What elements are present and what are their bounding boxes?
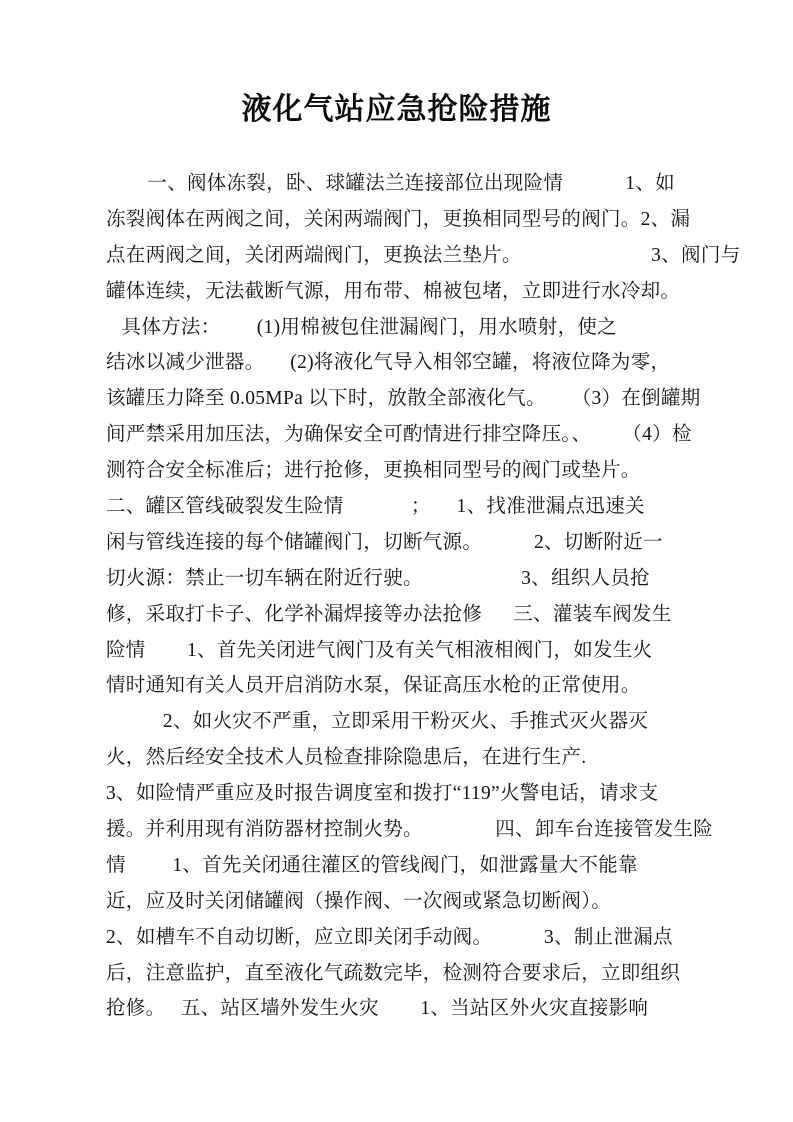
text-line: 一、阀体冻裂，卧、球罐法兰连接部位出现险情 1、如 — [106, 166, 706, 202]
text-line: 该罐压力降至 0.05MPa 以下时，放散全部液化气。 （3）在倒罐期 — [106, 381, 706, 417]
text-line: 冻裂阀体在两阀之间，关闲两端阀门，更换相同型号的阀门。2、漏 — [106, 202, 706, 238]
document-body: 一、阀体冻裂，卧、球罐法兰连接部位出现险情 1、如冻裂阀体在两阀之间，关闲两端阀… — [106, 166, 706, 1027]
text-line: 间严禁采用加压法，为确保安全可酌情进行排空降压。、 （4）检 — [106, 417, 706, 453]
text-line: 险情 1、首先关闭进气阀门及有关气相液相阀门，如发生火 — [106, 633, 706, 669]
text-line: 修，采取打卡子、化学补漏焊接等办法抢修 三、灌装车阀发生 — [106, 597, 706, 633]
text-line: 罐体连续，无法截断气源，用布带、棉被包堵，立即进行水冷却。 — [106, 274, 706, 310]
text-line: 后，注意监护，直至液化气疏数完毕，检测符合要求后，立即组织 — [106, 956, 706, 992]
text-line: 2、如槽车不自动切断，应立即关闭手动阀。 3、制止泄漏点 — [106, 920, 706, 956]
text-line: 抢修。 五、站区墙外发生火灾 1、当站区外火灾直接影响 — [106, 991, 706, 1027]
text-line: 情时通知有关人员开启消防水泵，保证高压水枪的正常使用。 — [106, 668, 706, 704]
text-line: 二、罐区管线破裂发生险情 ； 1、找准泄漏点迅速关 — [106, 489, 706, 525]
text-line: 援。并利用现有消防器材控制火势。 四、卸车台连接管发生险 — [106, 812, 706, 848]
text-line: 近，应及时关闭储罐阀（操作阀、一次阀或紧急切断阀）。 — [106, 884, 706, 920]
text-line: 切火源：禁止一切车辆在附近行驶。 3、组织人员抢 — [106, 561, 706, 597]
text-line: 点在两阀之间，关闭两端阀门，更换法兰垫片。 3、阀门与 — [106, 238, 706, 274]
text-line: 2、如火灾不严重，立即采用干粉灭火、手推式灭火器灭 — [106, 704, 706, 740]
text-line: 火，然后经安全技术人员检查排除隐患后，在进行生产. — [106, 740, 706, 776]
text-line: 结冰以减少泄器。 (2)将液化气导入相邻空罐，将液位降为零， — [106, 345, 706, 381]
text-line: 3、如险情严重应及时报告调度室和拨打“119”火警电话，请求支 — [106, 776, 706, 812]
text-line: 闲与管线连接的每个储罐阀门，切断气源。 2、切断附近一 — [106, 525, 706, 561]
text-line: 测符合安全标准后；进行抢修，更换相同型号的阀门或垫片。 — [106, 453, 706, 489]
text-line: 情 1、首先关闭通往灌区的管线阀门，如泄露量大不能靠 — [106, 848, 706, 884]
document-page: 液化气站应急抢险措施 一、阀体冻裂，卧、球罐法兰连接部位出现险情 1、如冻裂阀体… — [0, 0, 793, 1122]
document-title: 液化气站应急抢险措施 — [0, 90, 793, 130]
text-line: 具体方法： (1)用棉被包住泄漏阀门，用水喷射，使之 — [106, 310, 706, 346]
